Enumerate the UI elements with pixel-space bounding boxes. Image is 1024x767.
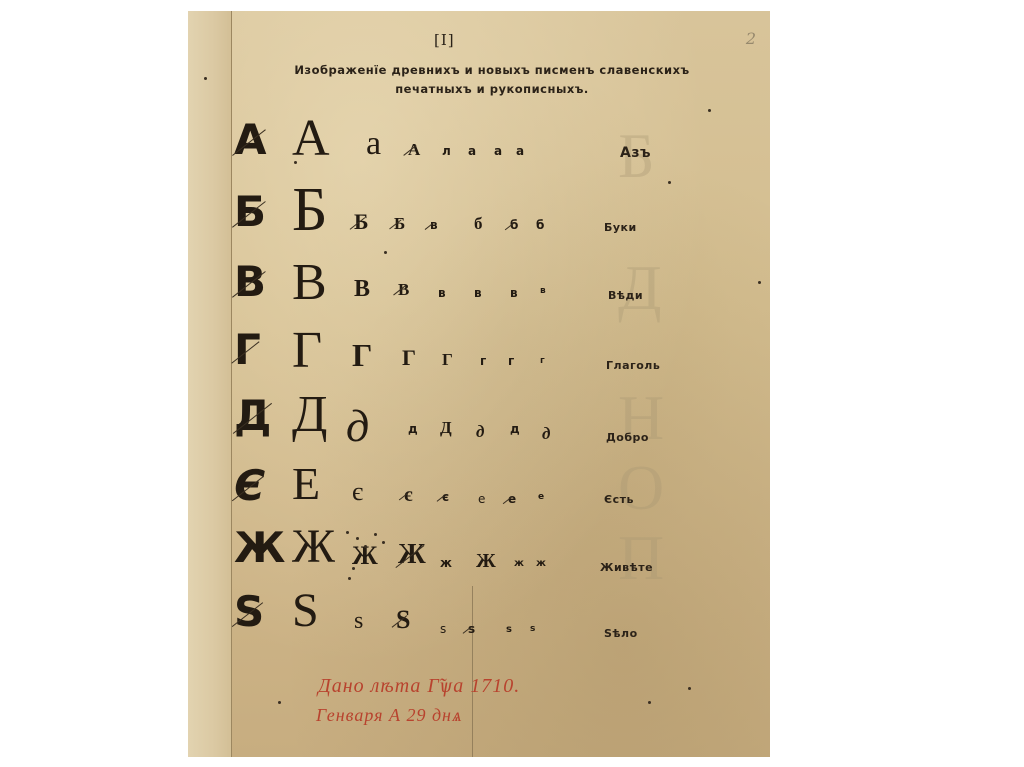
alphabet-row-buki: Б Б Б Б в б б б Буки — [188, 183, 770, 243]
old-letter: Є — [234, 465, 265, 507]
ink-dot — [382, 541, 385, 544]
variant: Ж — [476, 551, 496, 571]
page-number: 2 — [746, 29, 756, 48]
variant: д — [408, 423, 418, 435]
variant: б — [474, 215, 483, 232]
alphabet-row-vedi: В В В В в в в в Вѣди — [188, 253, 770, 313]
letter-name: Живѣте — [600, 561, 653, 574]
variant: б — [536, 219, 544, 231]
section-mark: [I] — [434, 31, 455, 49]
variant: є — [442, 491, 449, 503]
title-line-2: печатныхъ и рукописныхъ. — [232, 80, 752, 99]
variant: а — [516, 145, 524, 157]
alphabet-row-glagol: Г Г Г Г Г г г г Глаголь — [188, 321, 770, 381]
printed-lower: В — [354, 277, 370, 301]
printed-lower: Б — [354, 211, 369, 233]
variant: е — [538, 493, 544, 502]
variant: Г — [442, 351, 453, 368]
printed-lower: Г — [352, 339, 372, 371]
ink-dot — [352, 567, 355, 570]
page-title: Изображенїе древнихъ и новыхъ писменъ сл… — [232, 61, 752, 99]
variant: а — [468, 145, 476, 157]
printed-capital: Д — [292, 389, 327, 441]
letter-name: Вѣди — [608, 289, 643, 302]
ink-speck — [688, 687, 691, 690]
variant: л — [442, 145, 451, 157]
variant: д — [476, 423, 484, 440]
variant: s — [440, 623, 446, 635]
variant: в — [540, 287, 546, 296]
variant: е — [508, 493, 516, 505]
variant: Б — [394, 215, 405, 232]
handwritten-annotation-line-1: Дано лѣта Г̃ѱа 1710. — [318, 675, 520, 698]
ink-speck — [204, 77, 207, 80]
letter-name: Добро — [606, 431, 649, 444]
ink-speck — [758, 281, 761, 284]
variant: s — [468, 623, 475, 635]
variant: б — [510, 219, 518, 231]
variant: в — [510, 287, 518, 299]
variant: В — [398, 281, 409, 298]
printed-lower: є — [352, 479, 363, 505]
manuscript-page: 2 [I] Изображенїе древнихъ и новыхъ писм… — [188, 11, 770, 757]
old-letter: А — [234, 119, 267, 161]
old-letter: В — [234, 261, 266, 303]
printed-capital: Е — [292, 461, 320, 507]
variant: ж — [514, 559, 524, 569]
variant: д — [510, 423, 520, 435]
ink-speck — [294, 161, 297, 164]
ink-dot — [374, 533, 377, 536]
printed-capital: Г — [292, 325, 322, 377]
ink-speck — [708, 109, 711, 112]
title-line-1: Изображенїе древнихъ и новыхъ писменъ сл… — [232, 61, 752, 80]
printed-lower: а — [366, 127, 381, 161]
old-letter: Ѕ — [234, 591, 264, 633]
variant: е — [478, 493, 485, 505]
variant: г — [480, 355, 486, 367]
variant: А — [408, 141, 420, 158]
letter-name: Єсть — [604, 493, 634, 506]
printed-capital: Ж — [292, 523, 335, 571]
ink-speck — [278, 701, 281, 704]
variant: s — [530, 625, 535, 634]
printed-capital: Б — [292, 179, 328, 241]
variant: є — [404, 485, 413, 505]
ink-dot — [348, 577, 351, 580]
old-letter: Д — [234, 395, 271, 437]
printed-lower: s — [354, 609, 363, 633]
variant: г — [540, 357, 545, 366]
handwritten-annotation-line-2: Генваря А 29 днѧ — [316, 705, 463, 726]
variant: ж — [536, 559, 546, 569]
variant: д — [542, 425, 550, 442]
alphabet-row-az: А А а А л а а а Азъ — [188, 111, 770, 171]
letter-name: Глаголь — [606, 359, 660, 372]
alphabet-row-zhivete: Ж Ж Ж Ж ж Ж ж ж Живѣте — [188, 525, 770, 585]
variant: Д — [440, 419, 452, 436]
ink-speck — [668, 181, 671, 184]
letter-name: Азъ — [620, 145, 651, 161]
printed-capital: А — [292, 113, 330, 165]
variant: ж — [440, 557, 452, 569]
old-letter: Г — [234, 329, 261, 371]
ink-dot — [364, 545, 367, 548]
printed-capital: S — [292, 587, 319, 635]
variant: Ѕ — [396, 607, 410, 633]
letter-name: Буки — [604, 221, 637, 234]
ink-dot — [346, 531, 349, 534]
old-letter: Б — [234, 191, 266, 233]
printed-lower: д — [346, 403, 369, 449]
variant: г — [508, 355, 514, 367]
variant: Ж — [398, 541, 426, 569]
variant: Г — [402, 347, 416, 369]
alphabet-row-dobro: Д Д д д Д д д д Добро — [188, 389, 770, 449]
printed-capital: В — [292, 257, 327, 309]
variant: s — [506, 625, 512, 635]
ink-speck — [648, 701, 651, 704]
letter-name: Ѕѣло — [604, 627, 638, 640]
ink-speck — [384, 251, 387, 254]
variant: в — [474, 287, 482, 299]
old-letter: Ж — [234, 527, 285, 569]
variant: а — [494, 145, 502, 157]
alphabet-row-est: Є Е є є є е е е Єсть — [188, 463, 770, 523]
ink-dot — [356, 537, 359, 540]
variant: в — [438, 287, 446, 299]
variant: в — [430, 219, 438, 231]
alphabet-row-zelo: Ѕ S s Ѕ s s s s Ѕѣло — [188, 587, 770, 647]
